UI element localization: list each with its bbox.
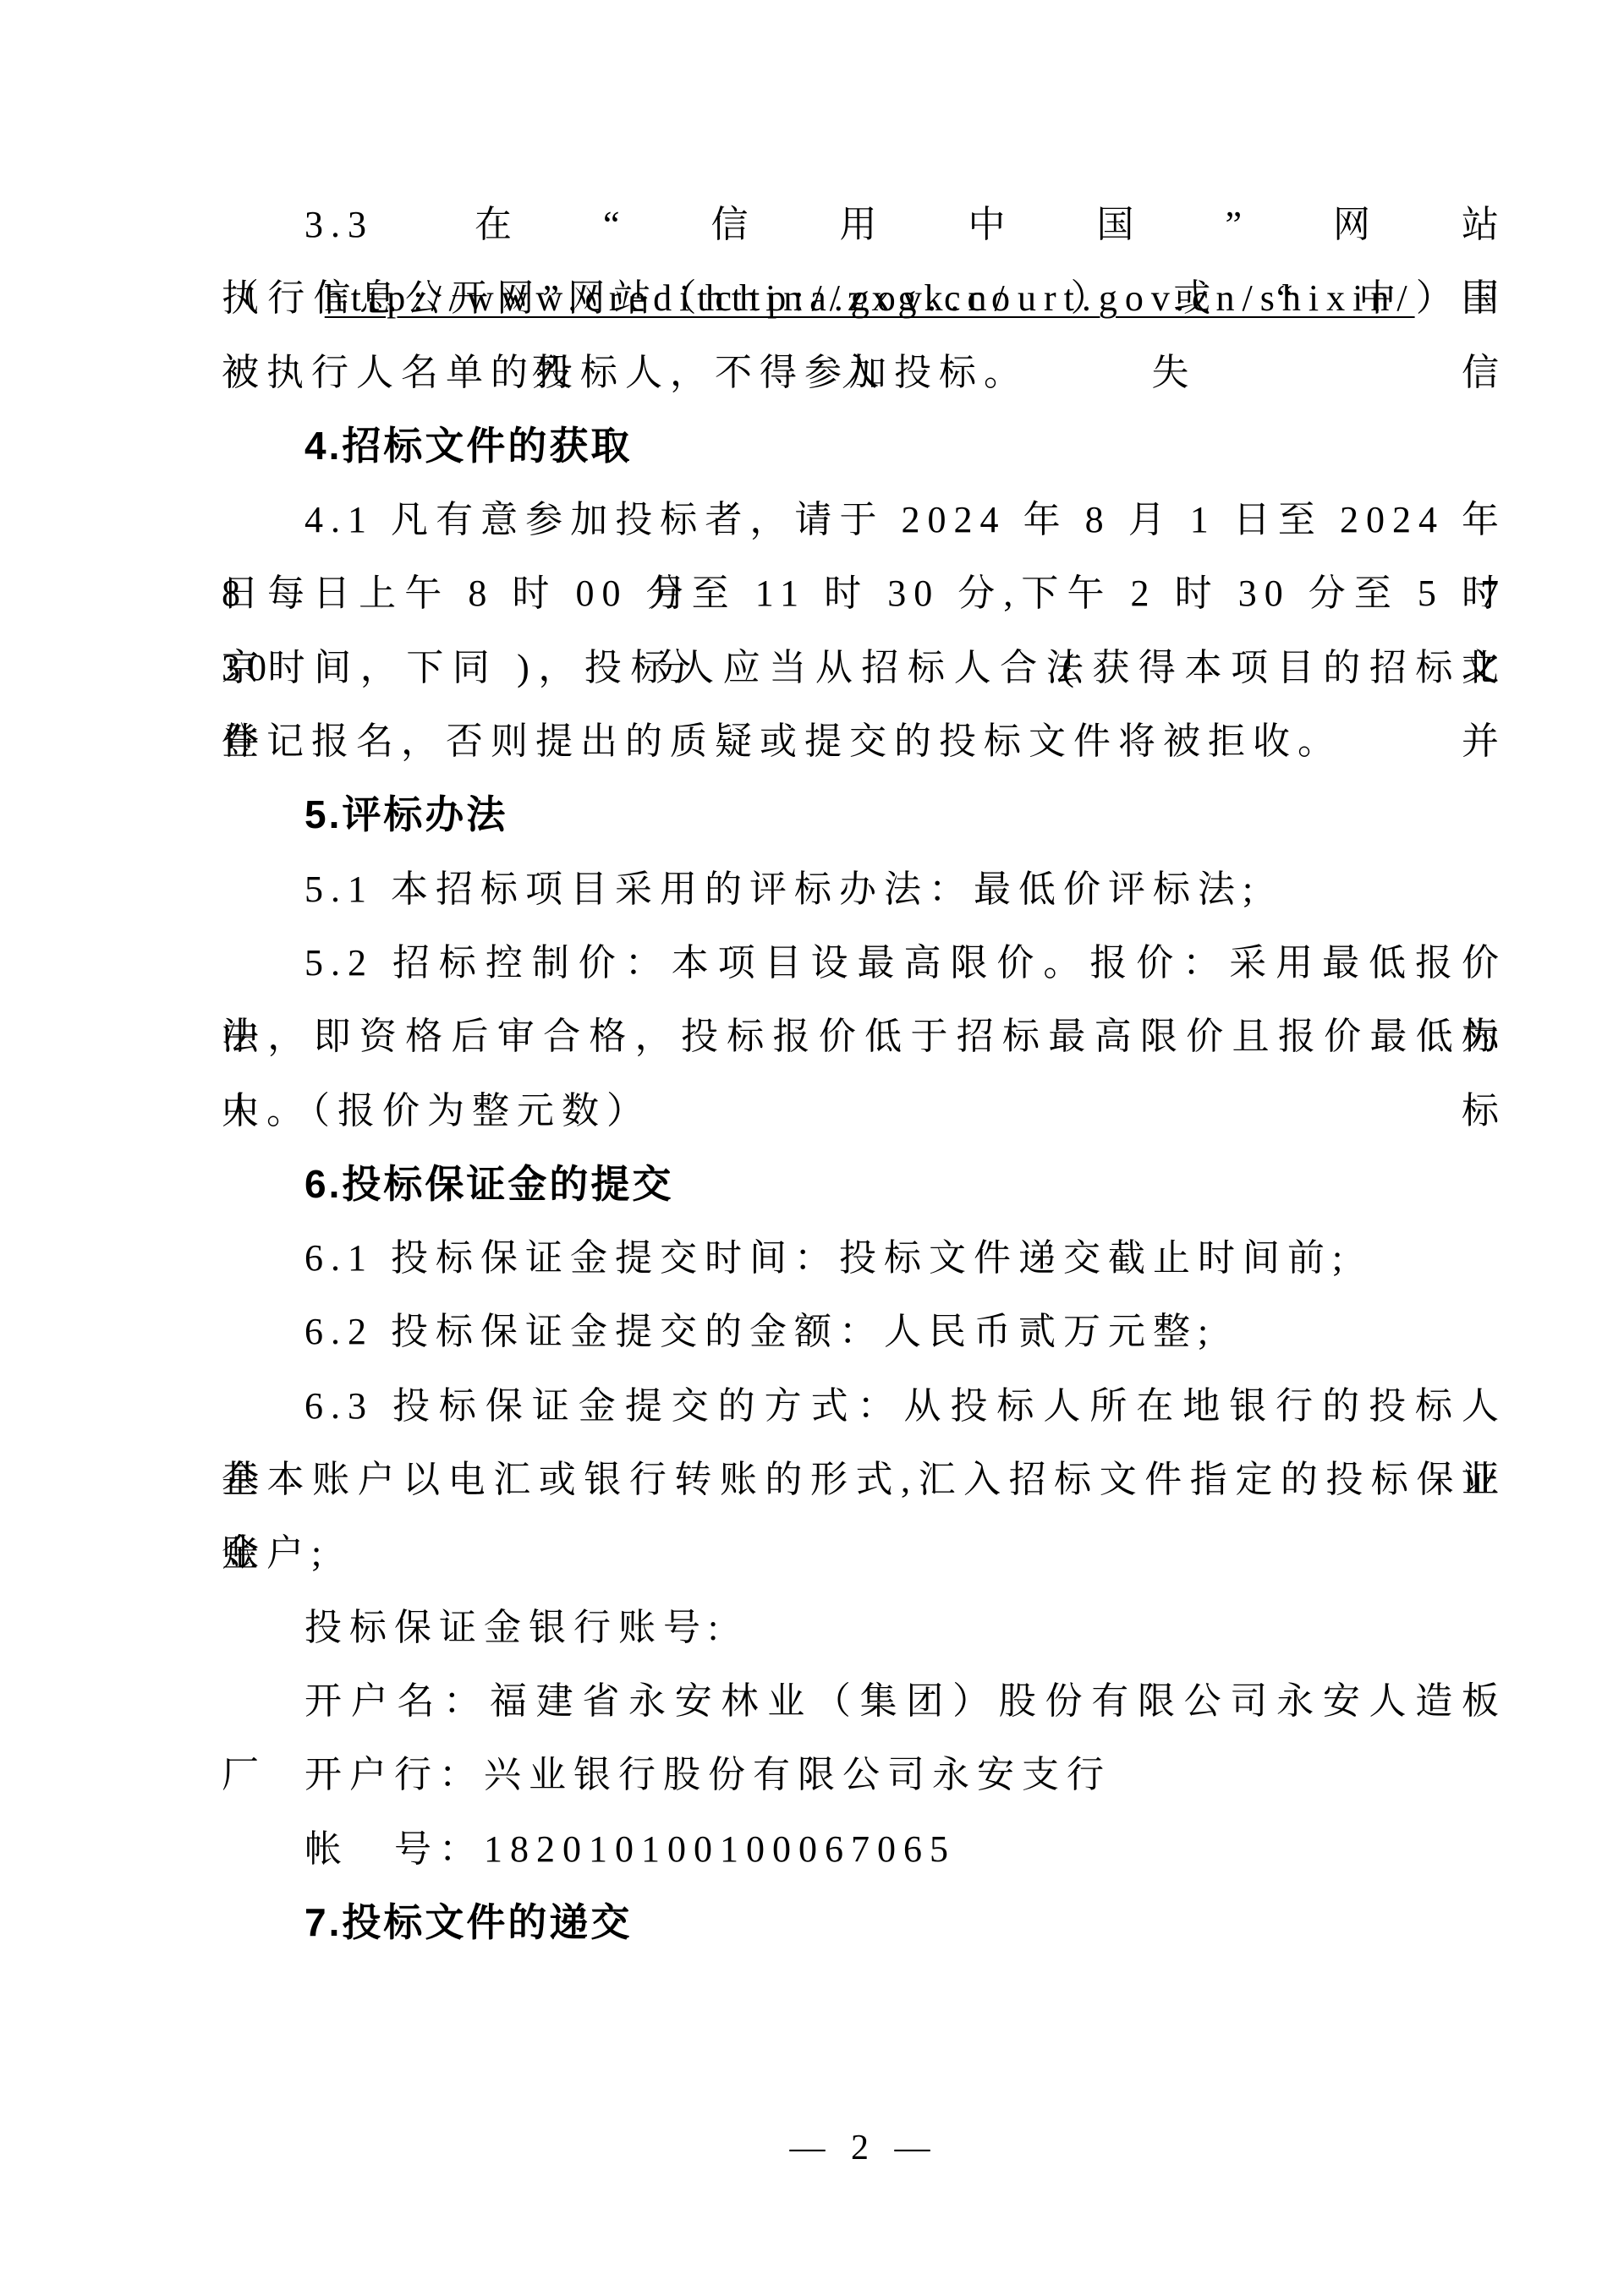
heading-7: 7.投标文件的递交 [222,1886,1506,1959]
para-6-2: 6.2 投标保证金提交的金额：人民币贰万元整; [222,1295,1506,1368]
text-run: 投标保证金银行账号: [304,1607,726,1648]
para-account-bank: 开户行：兴业银行股份有限公司永安支行 [222,1738,1506,1811]
para-6-1: 6.1 投标保证金提交时间：投标文件递交截止时间前; [222,1221,1506,1295]
text-run: 7.投标文件的递交 [304,1900,632,1944]
para-5-2-line-2: 法，即资格后审合格，投标报价低于招标最高限价且报价最低为中标 [222,1000,1506,1073]
para-4-1-line-3: 京时间，下同 )，投标人应当从招标人合法获得本项目的招标文件并 [222,631,1506,704]
text-run: 6.1 投标保证金提交时间：投标文件递交截止时间前; [304,1237,1350,1279]
text-run: 5.评标办法 [304,792,507,836]
para-4-1-line-2: 日每日上午 8 时 00 分至 11 时 30 分,下午 2 时 30 分至 5… [222,556,1506,630]
text-run: 6.投标保证金的提交 [304,1162,673,1206]
text-run: 5.1 本招标项目采用的评标办法：最低价评标法; [304,869,1260,910]
document-content: 3.3 在“信用中国”网站（http://www.creditchina.gov… [222,188,1506,1959]
para-3-3-line-2: 执行信息公开网”网站（http://zxgk.court.gov.cn/shix… [222,261,1506,335]
para-3-3-line-1: 3.3 在“信用中国”网站（http://www.creditchina.gov… [222,188,1506,261]
text-run: 登记报名，否则提出的质疑或提交的投标文件将被拒收。 [222,721,1342,762]
para-account-holder-name: 开户名：福建省永安林业（集团）股份有限公司永安人造板厂 [222,1664,1506,1738]
para-6-3-line-3: 账户; [222,1516,1506,1590]
page-number: — 2 — [222,2118,1506,2178]
text-run: 被执行人名单的投标人，不得参加投标。 [222,352,1029,393]
text-run: 6.2 投标保证金提交的金额：人民币贰万元整; [304,1311,1215,1352]
para-4-1-line-1: 4.1 凡有意参加投标者，请于 2024 年 8 月 1 日至 2024 年 8… [222,483,1506,556]
text-run: 账户; [222,1532,329,1574]
para-6-3-line-1: 6.3 投标保证金提交的方式：从投标人所在地银行的投标人企业 [222,1369,1506,1443]
text-run: 开户行：兴业银行股份有限公司永安支行 [304,1754,1111,1795]
text-run: 4.招标文件的获取 [304,424,632,468]
url-zxgk-court: http://zxgk.court.gov.cn/shixin/ [705,277,1415,319]
text-run: 帐 号：182010100100067065 [304,1828,956,1870]
para-deposit-account-title: 投标保证金银行账号: [222,1591,1506,1664]
heading-6: 6.投标保证金的提交 [222,1148,1506,1221]
para-5-1: 5.1 本招标项目采用的评标办法：最低价评标法; [222,852,1506,926]
para-4-1-line-4: 登记报名，否则提出的质疑或提交的投标文件将被拒收。 [222,704,1506,778]
heading-5: 5.评标办法 [222,778,1506,852]
para-6-3-line-2: 基本账户以电汇或银行转账的形式,汇入招标文件指定的投标保证金 [222,1443,1506,1516]
heading-4: 4.招标文件的获取 [222,409,1506,483]
text-run: 人。（报价为整元数） [222,1090,651,1132]
document-page: 3.3 在“信用中国”网站（http://www.creditchina.gov… [0,0,1624,2296]
para-5-2-line-1: 5.2 招标控制价：本项目设最高限价。报价：采用最低报价中标 [222,926,1506,1000]
para-account-number: 帐 号：182010100100067065 [222,1812,1506,1886]
text-run: 执行信息公开网”网站（ [222,277,705,319]
